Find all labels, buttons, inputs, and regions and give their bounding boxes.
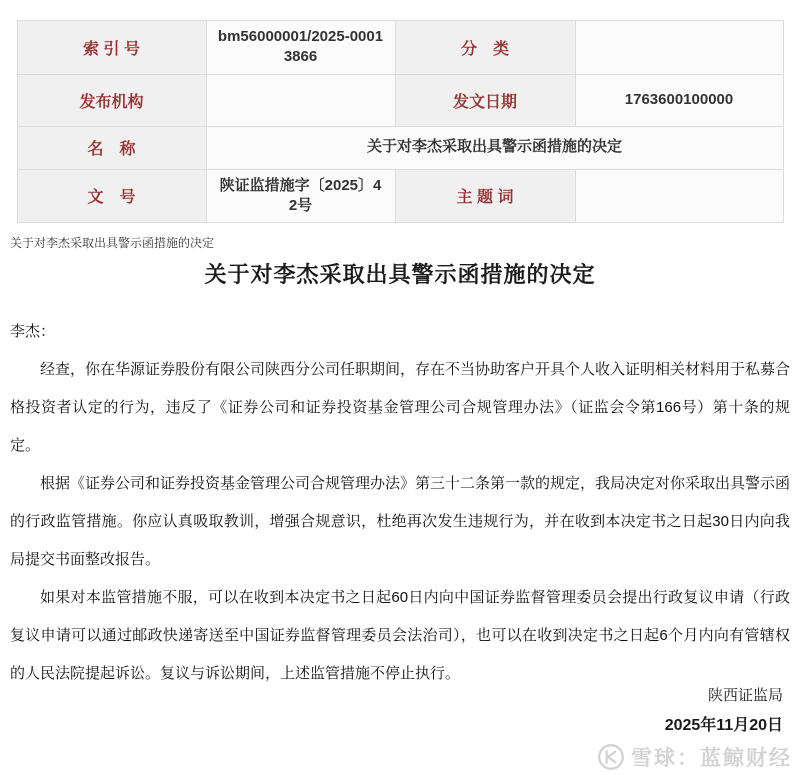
document-body: 李杰： 经查，你在华源证券股份有限公司陕西分公司任职期间，存在不当协助客户开具个…: [10, 313, 790, 693]
signer-name: 陕西证监局: [665, 686, 783, 706]
doc-number-value: 陕证监措施字〔2025〕42号: [206, 169, 395, 223]
table-row: 文 号 陕证监措施字〔2025〕42号 主 题 词: [17, 169, 783, 223]
table-row: 名 称 关于对李杰采取出具警示函措施的决定: [17, 126, 783, 169]
salutation: 李杰：: [10, 313, 790, 351]
info-table: 索 引 号 bm56000001/2025-00013866 分 类 发布机构 …: [17, 20, 784, 223]
name-label: 名 称: [17, 126, 206, 169]
signature-block: 陕西证监局 2025年11月20日: [665, 686, 783, 736]
subject-label: 主 题 词: [395, 169, 575, 223]
index-label: 索 引 号: [17, 21, 206, 75]
paragraph-2: 根据《证券公司和证券投资基金管理公司合规管理办法》第三十二条第一款的规定，我局决…: [10, 465, 790, 579]
doc-number-label: 文 号: [17, 169, 206, 223]
subject-value: [575, 169, 783, 223]
index-value: bm56000001/2025-00013866: [206, 21, 395, 75]
category-value: [575, 21, 783, 75]
name-value: 关于对李杰采取出具警示函措施的决定: [206, 126, 783, 169]
issue-date-value: 1763600100000: [575, 74, 783, 126]
table-row: 索 引 号 bm56000001/2025-00013866 分 类: [17, 21, 783, 75]
agency-value: [206, 74, 395, 126]
table-row: 发布机构 发文日期 1763600100000: [17, 74, 783, 126]
agency-label: 发布机构: [17, 74, 206, 126]
watermark: 雪球：蓝鲸财经: [597, 742, 792, 772]
paragraph-3: 如果对本监管措施不服，可以在收到本决定书之日起60日内向中国证券监督管理委员会提…: [10, 579, 790, 693]
page-title: 关于对李杰采取出具警示函措施的决定: [0, 258, 800, 289]
issue-date-label: 发文日期: [395, 74, 575, 126]
paragraph-1: 经查，你在华源证券股份有限公司陕西分公司任职期间，存在不当协助客户开具个人收入证…: [10, 351, 790, 465]
document-subtitle: 关于对李杰采取出具警示函措施的决定: [10, 234, 800, 251]
xueqiu-circle-icon: [597, 743, 625, 771]
category-label: 分 类: [395, 21, 575, 75]
watermark-text: 雪球：蓝鲸财经: [631, 742, 792, 772]
signature-date: 2025年11月20日: [665, 716, 783, 736]
